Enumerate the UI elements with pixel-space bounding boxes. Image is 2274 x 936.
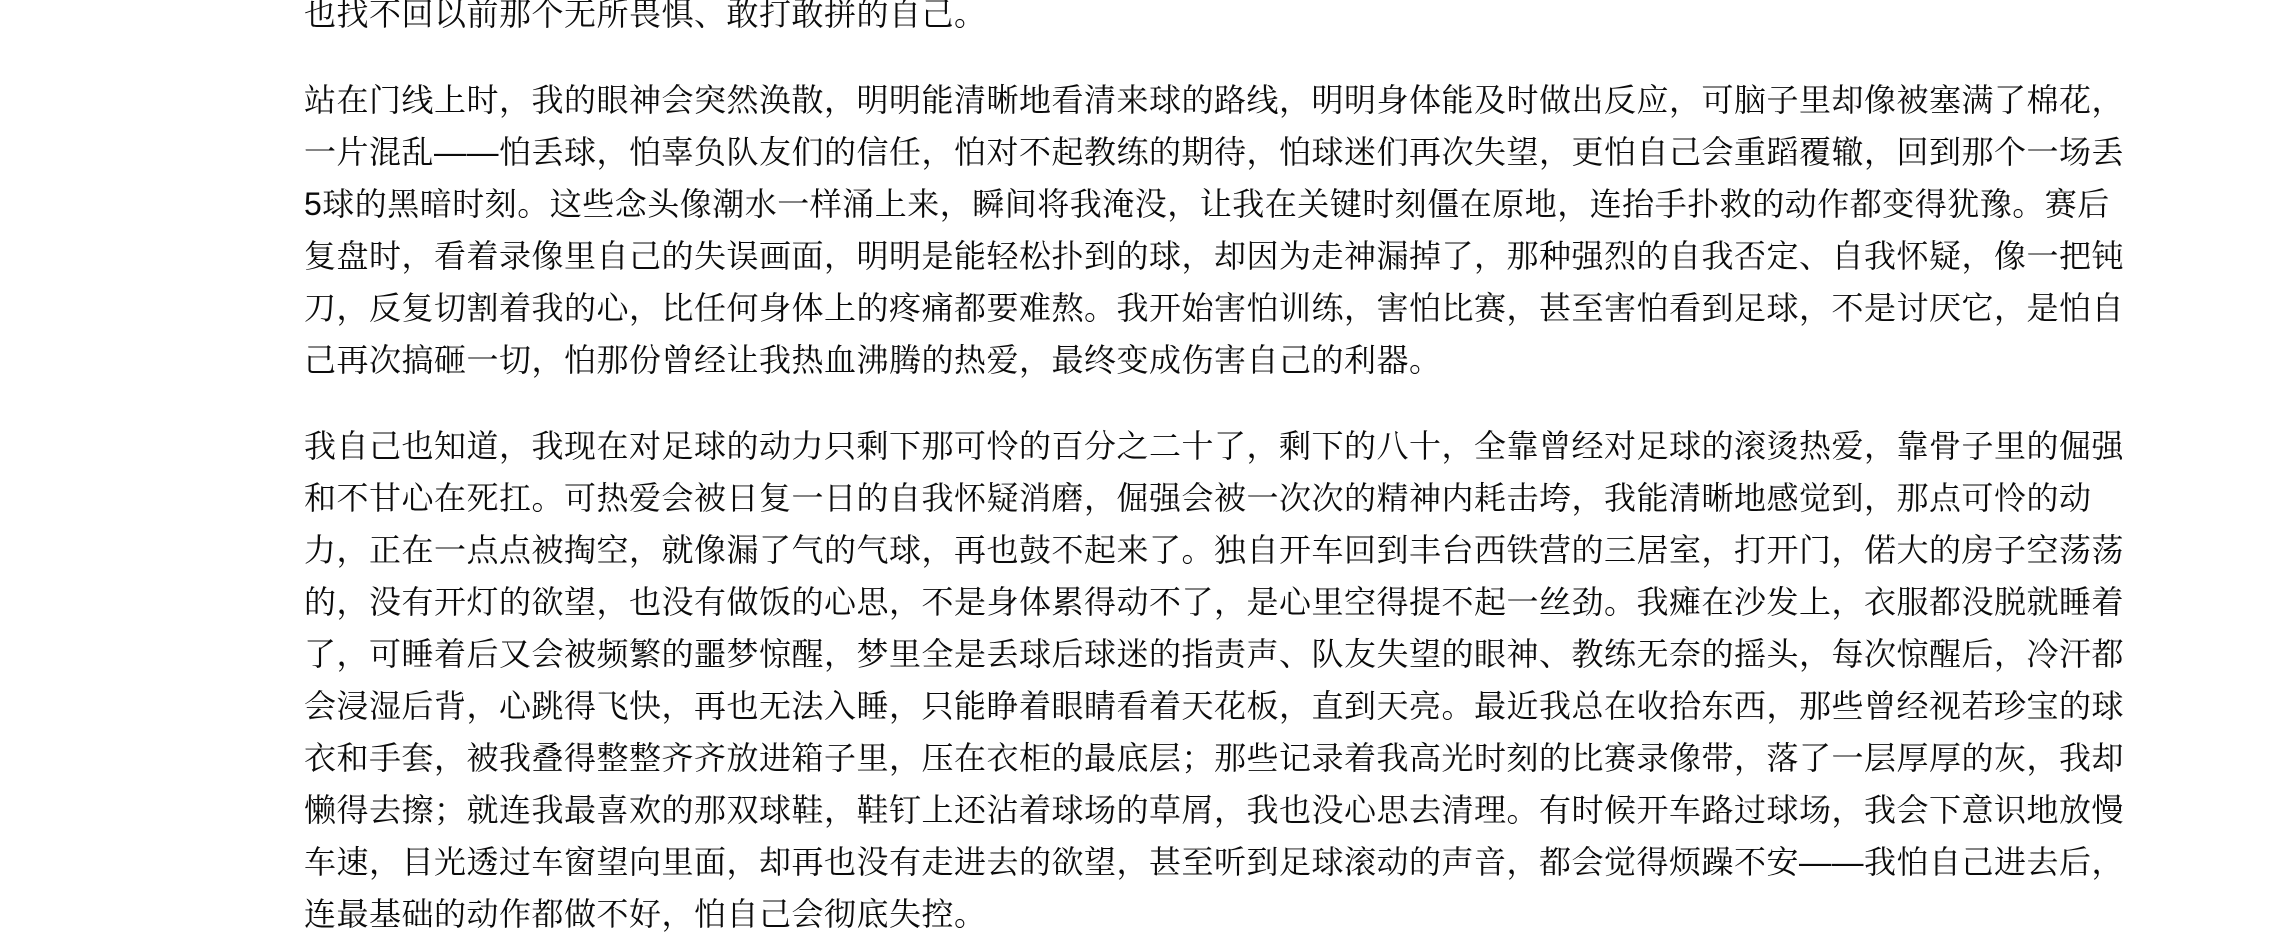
paragraph-goal-line-fear: 站在门线上时，我的眼神会突然涣散，明明能清晰地看清来球的路线，明明身体能及时做出…: [304, 74, 2126, 386]
paragraph-tail-clipped: 也找不回以前那个无所畏惧、敢打敢拼的自己。: [304, 0, 2126, 40]
document-text-body: 也找不回以前那个无所畏惧、敢打敢拼的自己。 站在门线上时，我的眼神会突然涣散，明…: [304, 0, 2126, 936]
document-page: 也找不回以前那个无所畏惧、敢打敢拼的自己。 站在门线上时，我的眼神会突然涣散，明…: [0, 0, 2274, 936]
paragraph-lost-motivation: 我自己也知道，我现在对足球的动力只剩下那可怜的百分之二十了，剩下的八十，全靠曾经…: [304, 420, 2126, 936]
